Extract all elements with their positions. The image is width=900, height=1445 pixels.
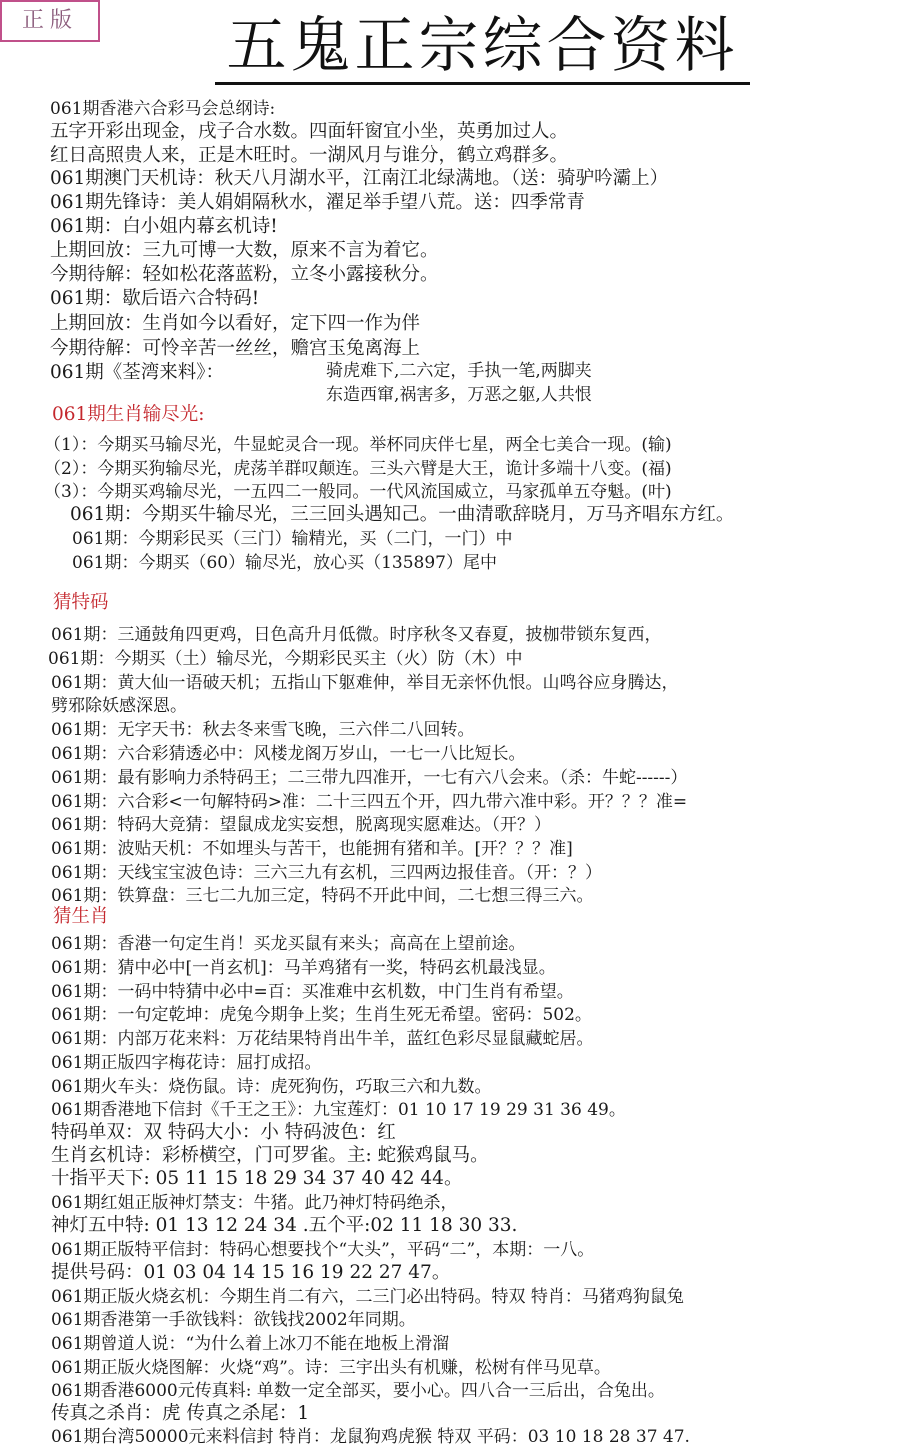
page-title: 五鬼正宗综合资料 xyxy=(215,12,750,85)
quanwan-line: 东造西窜,祸害多，万恶之躯,人共恨 xyxy=(326,384,592,406)
section-line: 061期香港第一手欲钱料：欲钱找2002年同期。 xyxy=(51,1309,416,1331)
intro-line: 061期：白小姐内幕玄机诗! xyxy=(50,216,278,238)
section-line: 061期：一码中特猜中必中=百：买准难中玄机数，中门生肖有希望。 xyxy=(51,981,574,1003)
section-line: （3）：今期买鸡输尽光，一五四二一般同。一代风流国威立，马家孤单五夺魁。(叶) xyxy=(44,481,672,503)
intro-line: 红日高照贵人来，正是木旺时。一湖风月与谁分，鹤立鸡群多。 xyxy=(50,145,568,167)
section-line: 061期台湾50000元来料信封 特肖：龙鼠狗鸡虎猴 特双 平码：03 10 1… xyxy=(51,1426,690,1445)
intro-line: 061期香港六合彩马会总纲诗: xyxy=(50,98,275,120)
authentic-badge: 正版 xyxy=(0,0,100,42)
section-line: 061期：今期彩民买（三门）输精光，买（二门，一门）中 xyxy=(72,528,512,550)
section-line: 061期正版火烧图解：火烧“鸡”。诗：三宇出头有机赚，松树有伴马见草。 xyxy=(51,1357,611,1379)
section-line: 061期火车头：烧伤鼠。诗：虎死狗伤，巧取三六和九数。 xyxy=(51,1076,491,1098)
section-line: 061期：黄大仙一语破天机；五指山下躯难伸，举目无亲怀仇恨。山鸣谷应身腾达， xyxy=(51,672,678,694)
section-line: 061期：一句定乾坤：虎兔今期争上奖；生肖生死无希望。密码：502。 xyxy=(51,1004,592,1026)
section-line: 061期：猜中必中[一肖玄机]：马羊鸡猪有一奖，特码玄机最浅显。 xyxy=(51,957,556,979)
section-line: 061期正版特平信封：特码心想要找个“大头”，平码“二”，本期：一八。 xyxy=(51,1239,594,1261)
section-line: 061期红姐正版神灯禁支：牛猪。此乃神灯特码绝杀， xyxy=(51,1192,457,1214)
intro-line: 061期先锋诗：美人娟娟隔秋水，濯足举手望八荒。送：四季常青 xyxy=(50,192,585,214)
section-line: 生肖玄机诗：彩桥横空，门可罗雀。主: 蛇猴鸡鼠马。 xyxy=(51,1145,489,1167)
section-line: 神灯五中特: 01 13 12 24 34 .五个平:02 11 18 30 3… xyxy=(51,1215,517,1237)
section-line: 061期：三通鼓角四更鸡，日色高升月低微。时序秋冬又春夏，披枷带锁东复西， xyxy=(51,624,661,646)
section-line: 传真之杀肖：虎 传真之杀尾：1 xyxy=(51,1403,309,1425)
section-line: 提供号码：01 03 04 14 15 16 19 22 27 47。 xyxy=(51,1262,450,1284)
intro-line: 061期《荃湾来料》： xyxy=(50,362,224,384)
quanwan-line: 骑虎难下,二六定，手执一笔,两脚夹 xyxy=(326,360,592,382)
section-line: 061期香港地下信封《千王之王》：九宝莲灯：01 10 17 19 29 31 … xyxy=(51,1099,626,1121)
section-line: 061期：波贴天机：不如埋头与苦干，也能拥有猪和羊。[开？？？准] xyxy=(51,838,573,860)
intro-line: 五字开彩出现金，戌子合水数。四面轩窗宜小坐，英勇加过人。 xyxy=(50,121,568,143)
section-line: 061期：六合彩猜透必中：风楼龙阁万岁山，一七一八比短长。 xyxy=(51,743,525,765)
section-line: （1）：今期买马输尽光，牛显蛇灵合一现。举杯同庆伴七星，两全七美合一现。(输) xyxy=(44,434,672,456)
section-line: 061期：香港一句定生肖！买龙买鼠有来头；高高在上望前途。 xyxy=(51,933,525,955)
section-line: 061期正版四字梅花诗：屈打成招。 xyxy=(51,1052,321,1074)
intro-line: 上期回放：生肖如今以看好，定下四一作为伴 xyxy=(50,313,420,335)
intro-line: 今期待解：可怜辛苦一丝丝，赡宫玉兔离海上 xyxy=(50,338,420,360)
section-line: （2）：今期买狗输尽光，虎荡羊群叹颠连。三头六臂是大王，诡计多端十八变。(福) xyxy=(44,458,672,480)
section-line: 061期：天线宝宝波色诗：三六三九有玄机，三四两边报佳音。（开：？） xyxy=(51,862,602,884)
section-line: 061期：特码大竞猜：望鼠成龙实妄想，脱离现实愿难达。（开？） xyxy=(51,814,551,836)
section-line: 061期：今期买牛输尽光，三三回头遇知己。一曲清歌辞晓月，万马齐唱东方红。 xyxy=(70,504,734,526)
section-line: 061期正版火烧玄机：今期生肖二有六，二三门必出特码。特双 特肖：马猪鸡狗鼠兔 xyxy=(51,1286,684,1308)
section-line: 061期：最有影响力杀特码王；二三带九四准开，一七有六八会来。（杀：牛蛇----… xyxy=(51,767,687,789)
section-line: 特码单双：双 特码大小：小 特码波色：红 xyxy=(51,1122,396,1144)
section-heading: 猜特码 xyxy=(53,592,109,614)
section-line: 061期：内部万花来料：万花结果特肖出牛羊，蓝红色彩尽显鼠藏蛇居。 xyxy=(51,1028,593,1050)
section-line: 061期：无字天书：秋去冬来雪飞晚，三六伴二八回转。 xyxy=(51,719,474,741)
section-line: 061期：今期买（60）输尽光，放心买（135897）尾中 xyxy=(72,552,497,574)
intro-line: 061期澳门天机诗：秋天八月湖水平，江南江北绿满地。（送：骑驴吟灞上） xyxy=(50,168,668,190)
section-heading: 061期生肖输尽光: xyxy=(52,404,205,426)
section-heading: 猜生肖 xyxy=(53,906,109,928)
section-line: 061期香港6000元传真料: 单数一定全部买，要小心。四八合一三后出，合兔出。 xyxy=(51,1380,665,1402)
section-line: 十指平天下: 05 11 15 18 29 34 37 40 42 44。 xyxy=(51,1168,462,1190)
section-line: 061期：今期买（土）输尽光，今期彩民买主（火）防（木）中 xyxy=(48,648,522,670)
section-line: 061期：铁算盘：三七二九加三定，特码不开此中间，二七想三得三六。 xyxy=(51,885,593,907)
section-line: 061期曾道人说：“为什么着上冰刀不能在地板上滑溜 xyxy=(51,1333,449,1355)
section-line: 劈邪除妖感深恩。 xyxy=(51,695,187,717)
intro-line: 今期待解：轻如松花落蓝粉，立冬小露接秋分。 xyxy=(50,264,439,286)
intro-line: 061期：歇后语六合特码! xyxy=(50,288,259,310)
intro-line: 上期回放：三九可博一大数，原来不言为着它。 xyxy=(50,240,439,262)
section-line: 061期：六合彩<一句解特码>准：二十三四五个开，四九带六准中彩。开？？？准= xyxy=(51,791,687,813)
